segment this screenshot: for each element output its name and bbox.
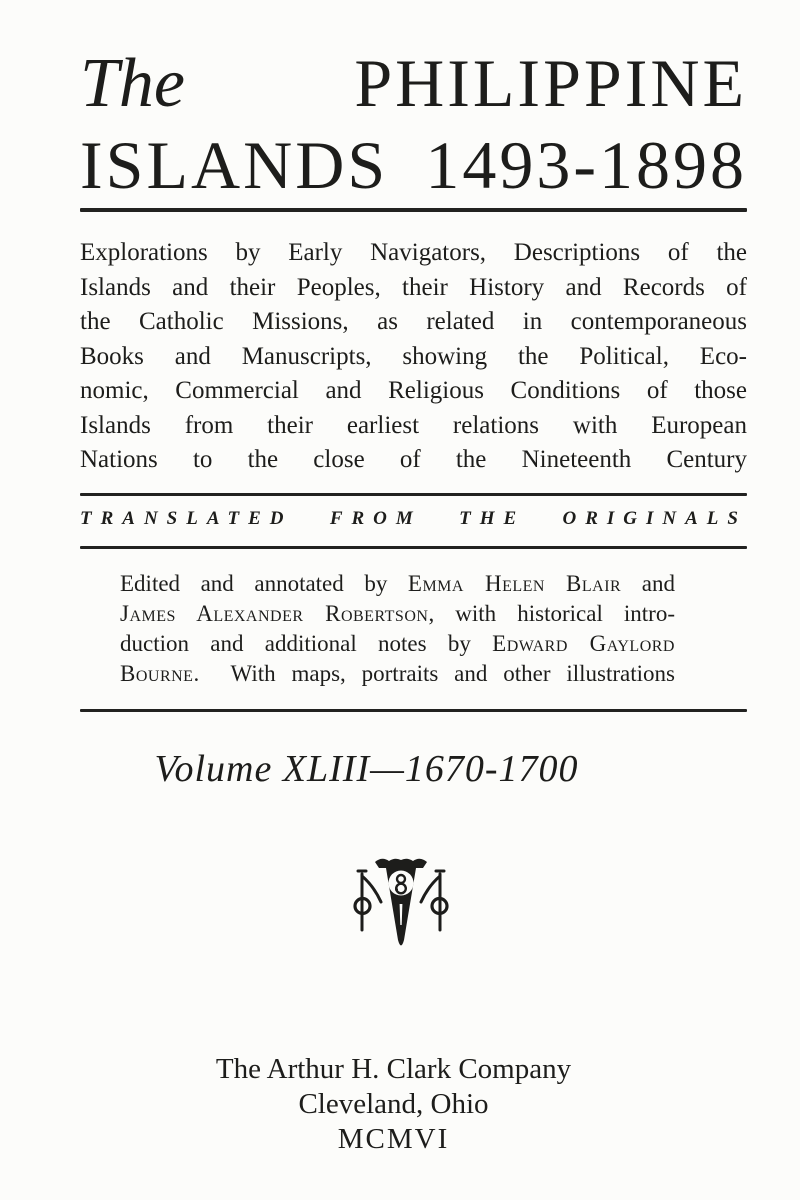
- title-years: 1493-1898: [425, 124, 747, 206]
- editor-text: , with historical intro-: [428, 601, 675, 626]
- translated-banner: TRANSLATED FROM THE ORIGINALS: [80, 504, 747, 534]
- editor-line: James Alexander Robertson, with historic…: [120, 599, 675, 629]
- subtitle-line: the Catholic Missions, as related in con…: [80, 305, 747, 340]
- title-philippine: PHILIPPINE: [354, 42, 747, 124]
- divider-rule-3: [80, 546, 747, 549]
- editor-text: duction and additional notes by: [120, 631, 492, 656]
- editor-text: Edited and annotated by: [120, 571, 408, 596]
- divider-rule-2: [80, 493, 747, 496]
- publisher-block: The Arthur H. Clark Company Cleveland, O…: [80, 1052, 747, 1157]
- subtitle-line: Explorations by Early Navigators, Descri…: [80, 236, 747, 271]
- editor-name-smallcaps: Emma Helen Blair: [408, 571, 621, 596]
- title-the: The: [80, 43, 185, 125]
- title-line-2: ISLANDS 1493-1898: [80, 124, 747, 206]
- editor-credit: Edited and annotated by Emma Helen Blair…: [120, 569, 675, 689]
- publisher-name: The Arthur H. Clark Company: [80, 1052, 707, 1087]
- title-islands: ISLANDS: [80, 124, 388, 206]
- title-page: The PHILIPPINE ISLANDS 1493-1898 Explora…: [0, 0, 800, 1200]
- printer-device-ornament: [345, 854, 457, 954]
- subtitle-line: nomic, Commercial and Religious Conditio…: [80, 374, 747, 409]
- editor-name-smallcaps: James Alexander Robertson: [120, 601, 428, 626]
- volume-line: Volume XLIII—1670-1700: [80, 744, 747, 794]
- subtitle-line: Books and Manuscripts, showing the Polit…: [80, 340, 747, 375]
- subtitle-paragraph: Explorations by Early Navigators, Descri…: [80, 236, 747, 478]
- publisher-location: Cleveland, Ohio: [80, 1087, 707, 1122]
- editor-text: and: [621, 571, 675, 596]
- subtitle-line: Islands and their Peoples, their History…: [80, 271, 747, 306]
- title-line-1: The PHILIPPINE: [80, 42, 747, 124]
- editor-line: duction and additional notes by Edward G…: [120, 629, 675, 659]
- translated-word: FROM: [330, 504, 422, 534]
- divider-rule-4: [80, 709, 747, 712]
- translated-word: TRANSLATED: [80, 504, 292, 534]
- publisher-year: MCMVI: [80, 1122, 707, 1157]
- translated-word: THE: [459, 504, 525, 534]
- editor-name-smallcaps: Edward Gaylord: [492, 631, 675, 656]
- book-title: The PHILIPPINE ISLANDS 1493-1898: [80, 42, 747, 206]
- editor-name-smallcaps: Bourne: [120, 661, 193, 686]
- subtitle-line: Islands from their earliest relations wi…: [80, 409, 747, 444]
- editor-text: . With maps, portraits and other illustr…: [193, 661, 675, 686]
- translated-word: ORIGINALS: [563, 504, 747, 534]
- divider-rule-1: [80, 208, 747, 212]
- editor-line: Bourne. With maps, portraits and other i…: [120, 659, 675, 689]
- editor-line: Edited and annotated by Emma Helen Blair…: [120, 569, 675, 599]
- subtitle-line: Nations to the close of the Nineteenth C…: [80, 443, 747, 478]
